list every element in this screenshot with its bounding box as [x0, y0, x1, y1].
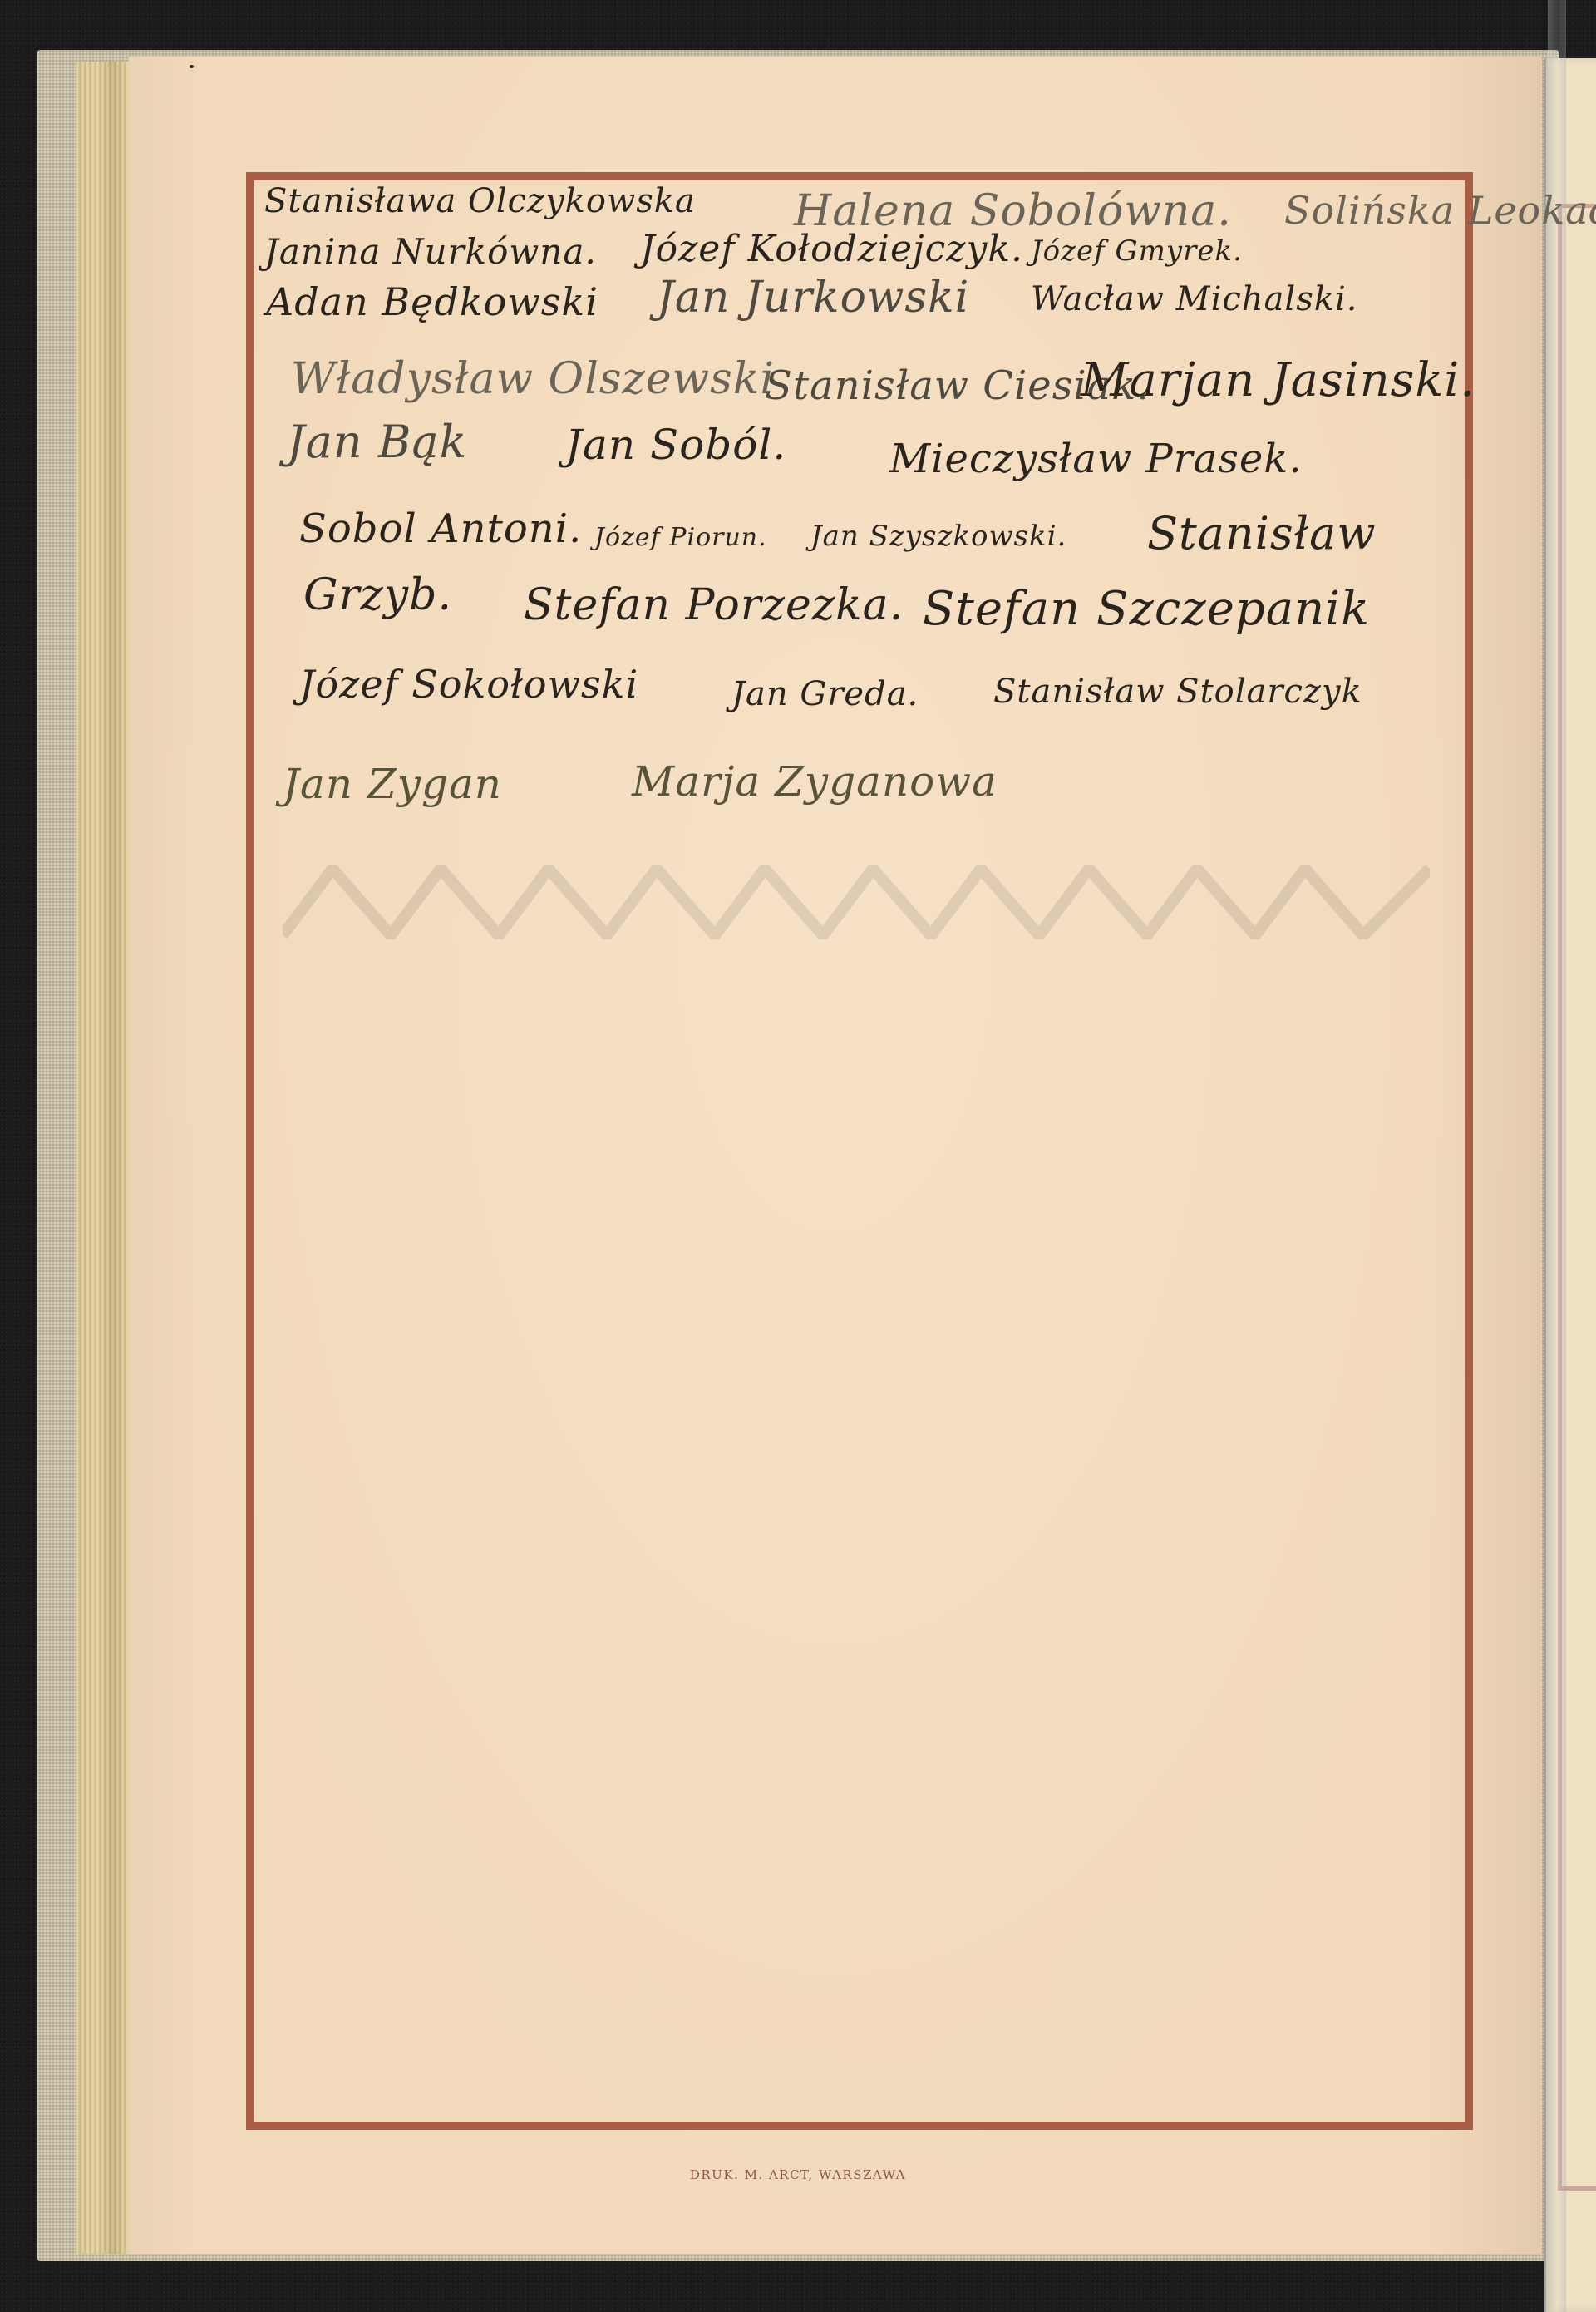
signature: Marjan Jasinski. — [1081, 357, 1475, 404]
signature: Wacław Michalski. — [1031, 283, 1357, 316]
scanner-clip — [1548, 0, 1566, 2312]
signature: Józef Piorun. — [594, 525, 767, 550]
signature: Marja Zyganowa — [632, 761, 997, 802]
printer-imprint: DRUK. M. ARCT, WARSZAWA — [0, 2167, 1596, 2182]
ink-speck — [190, 65, 194, 68]
signature: Władysław Olszewski — [291, 357, 775, 401]
signature: Solińska Leokadja — [1284, 191, 1596, 229]
signature: Jan Szyszkowski. — [810, 522, 1066, 550]
signature: Sobol Antoni. — [299, 509, 582, 549]
signature: Stefan Porzezka. — [524, 584, 904, 627]
signature: Józef Gmyrek. — [1031, 237, 1243, 265]
signature: Jan Jurkowski — [657, 276, 969, 319]
signature: Jan Bąk — [287, 420, 467, 465]
signature: Janina Nurkówna. — [264, 234, 597, 269]
signature: Jan Soból. — [565, 424, 786, 466]
signature: Mieczysław Prasek. — [889, 439, 1303, 479]
signature: Stanisław — [1147, 511, 1377, 556]
signature: Jan Greda. — [731, 678, 919, 711]
signature: Józef Kołodziejczyk. — [640, 231, 1023, 268]
signature: Adan Będkowski — [266, 283, 598, 321]
signature: Halena Sobolówna. — [794, 190, 1232, 233]
signature: Józef Sokołowski — [299, 665, 638, 703]
signature: Jan Zygan — [283, 763, 502, 805]
signature: Stanisława Olczykowska — [264, 185, 696, 218]
signature: Grzyb. — [303, 574, 452, 617]
signature: Stefan Szczepanik — [923, 586, 1370, 633]
signature: Stanisław Stolarczyk — [993, 675, 1362, 708]
